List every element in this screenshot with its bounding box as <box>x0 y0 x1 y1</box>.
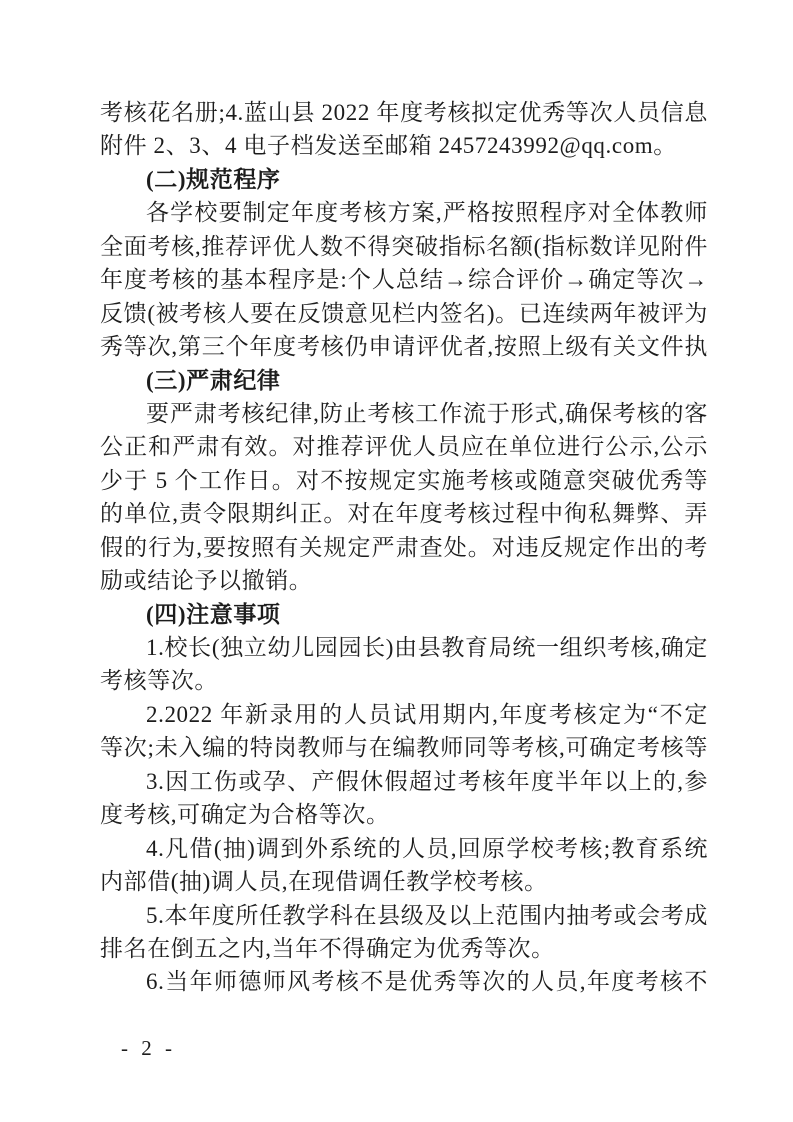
text-line: 1.校长(独立幼儿园园长)由县教育局统一组织考核,确定 <box>100 631 708 664</box>
text-line: 的单位,责令限期纠正。对在年度考核过程中徇私舞弊、弄虚作 <box>100 497 708 530</box>
text-line: 考核等次。 <box>100 664 708 697</box>
text-line: 假的行为,要按照有关规定严肃查处。对违反规定作出的考核奖 <box>100 531 708 564</box>
text-line: 反馈(被考核人要在反馈意见栏内签名)。已连续两年被评为优 <box>100 297 708 330</box>
text-line: 年度考核的基本程序是:个人总结→综合评价→确定等次→结果 <box>100 263 708 296</box>
text-line: 6.当年师德师风考核不是优秀等次的人员,年度考核不得确 <box>100 965 708 998</box>
text-line: 附件 2、3、4 电子档发送至邮箱 2457243992@qq.com。 <box>100 129 708 162</box>
section-heading: (三)严肃纪律 <box>100 364 708 397</box>
text-line: 秀等次,第三个年度考核仍申请评优者,按照上级有关文件执行。 <box>100 330 708 363</box>
text-line: 度考核,可确定为合格等次。 <box>100 798 708 831</box>
text-line: 要严肃考核纪律,防止考核工作流于形式,确保考核的客观 <box>100 397 708 430</box>
document-page: 考核花名册;4.蓝山县 2022 年度考核拟定优秀等次人员信息表。附件 2、3、… <box>0 0 793 1122</box>
text-line: 5.本年度所任教学科在县级及以上范围内抽考或会考成绩 <box>100 899 708 932</box>
text-line: 励或结论予以撤销。 <box>100 564 708 597</box>
text-line: 考核花名册;4.蓝山县 2022 年度考核拟定优秀等次人员信息表。 <box>100 96 708 129</box>
text-line: 公正和严肃有效。对推荐评优人员应在单位进行公示,公示期不 <box>100 430 708 463</box>
text-line: 内部借(抽)调人员,在现借调任教学校考核。 <box>100 865 708 898</box>
document-body: 考核花名册;4.蓝山县 2022 年度考核拟定优秀等次人员信息表。附件 2、3、… <box>100 96 708 999</box>
text-line: 各学校要制定年度考核方案,严格按照程序对全体教师进行 <box>100 196 708 229</box>
section-heading: (二)规范程序 <box>100 163 708 196</box>
text-line: 全面考核,推荐评优人数不得突破指标名额(指标数详见附件 1)。 <box>100 230 708 263</box>
text-line: 等次;未入编的特岗教师与在编教师同等考核,可确定考核等次。 <box>100 731 708 764</box>
section-heading: (四)注意事项 <box>100 598 708 631</box>
page-number: - 2 - <box>121 1033 176 1063</box>
text-line: 少于 5 个工作日。对不按规定实施考核或随意突破优秀等次比例 <box>100 464 708 497</box>
text-line: 排名在倒五之内,当年不得确定为优秀等次。 <box>100 932 708 965</box>
text-line: 2.2022 年新录用的人员试用期内,年度考核定为“不定等” <box>100 698 708 731</box>
text-line: 3.因工伤或孕、产假休假超过考核年度半年以上的,参加年 <box>100 765 708 798</box>
text-line: 4.凡借(抽)调到外系统的人员,回原学校考核;教育系统 <box>100 832 708 865</box>
